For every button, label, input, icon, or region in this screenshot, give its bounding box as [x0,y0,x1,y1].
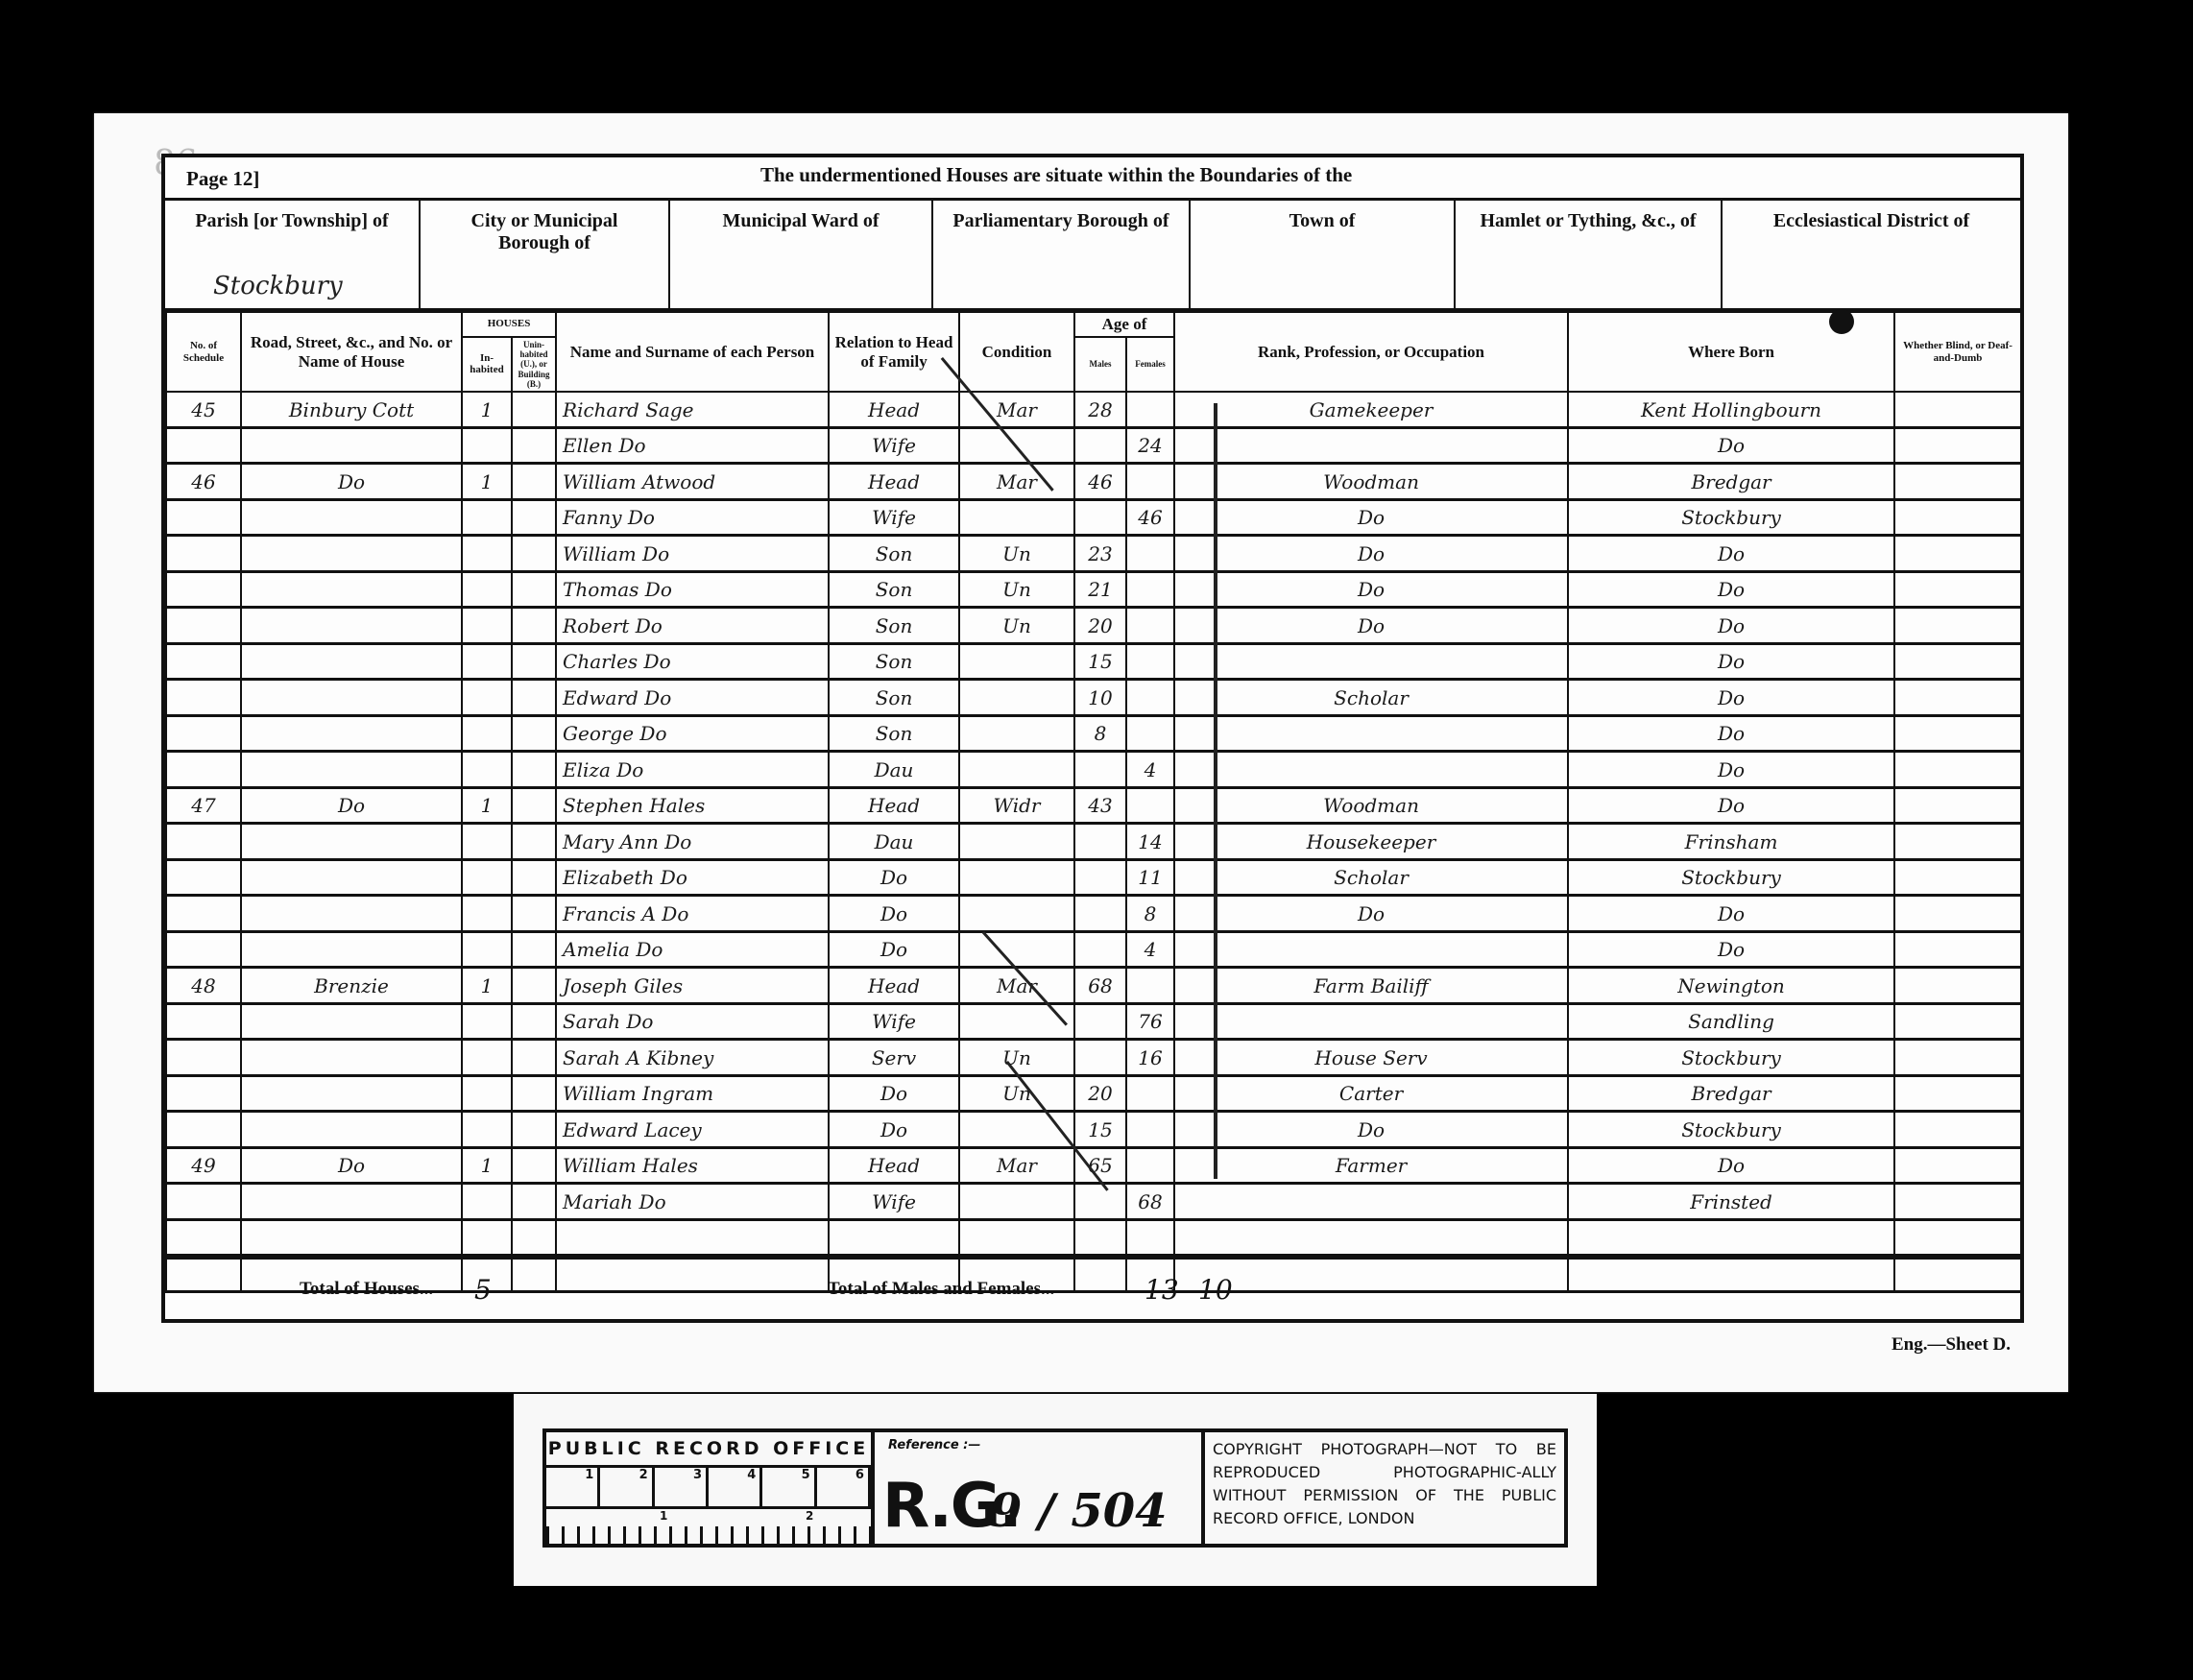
relation: Do [829,896,959,932]
occupation: House Serv [1174,1040,1568,1076]
person-name: Sarah Do [556,1003,829,1040]
condition [959,1112,1074,1148]
birthplace: Do [1568,536,1894,572]
road-name [241,1219,462,1256]
birthplace: Do [1568,896,1894,932]
female-age: 24 [1126,427,1174,464]
reference-panel: Reference :— R.G. 9 / 504 [875,1432,1205,1544]
inhabited-count: 1 [462,1147,512,1184]
uninhabited-count [512,536,556,572]
male-age [1074,427,1126,464]
schedule-no: 45 [166,392,241,427]
uninhabited-count [512,680,556,716]
jurisdiction-town: Town of [1191,201,1456,308]
relation: Do [829,931,959,968]
table-row: Thomas DoSonUn21DoDo [166,571,2021,608]
condition [959,499,1074,536]
birthplace: Kent Hollingbourn [1568,392,1894,427]
ruler-cm: 1 2 3 4 5 6 [546,1468,871,1509]
inhabited-count [462,608,512,644]
birthplace [1568,1219,1894,1256]
person-name: Fanny Do [556,499,829,536]
col-schedule: No. of Schedule [166,312,241,392]
jurisdiction-city: City or Municipal Borough of [421,201,670,308]
person-name: William Hales [556,1147,829,1184]
infirmity [1894,464,2021,500]
inhabited-count [462,1184,512,1220]
condition [959,1219,1074,1256]
relation: Head [829,464,959,500]
road-name [241,680,462,716]
uninhabited-count [512,1075,556,1112]
female-age: 11 [1126,859,1174,896]
inhabited-count: 1 [462,464,512,500]
birthplace: Do [1568,643,1894,680]
infirmity [1894,1075,2021,1112]
office-title: PUBLIC RECORD OFFICE [546,1432,871,1468]
schedule-no [166,643,241,680]
infirmity [1894,392,2021,427]
table-row: Mariah DoWife68Frinsted [166,1184,2021,1220]
female-age [1126,643,1174,680]
uninhabited-count [512,859,556,896]
inhabited-count [462,499,512,536]
male-age [1074,859,1126,896]
infirmity [1894,1147,2021,1184]
female-age [1126,1147,1174,1184]
occupation [1174,1003,1568,1040]
table-row: Francis A DoDo8DoDo [166,896,2021,932]
road-name [241,715,462,752]
infirmity [1894,680,2021,716]
census-form: Page 12] The undermentioned Houses are s… [161,154,2024,1323]
condition: Un [959,571,1074,608]
ink-dot-mark [1829,309,1854,334]
road-name [241,1184,462,1220]
person-name: George Do [556,715,829,752]
schedule-no [166,1219,241,1256]
road-name [241,1003,462,1040]
uninhabited-count [512,787,556,824]
col-relation: Relation to Head of Family [829,312,959,392]
total-houses-label: Total of Houses... [300,1279,433,1300]
person-name: Ellen Do [556,427,829,464]
table-row: Charles DoSon15Do [166,643,2021,680]
infirmity [1894,536,2021,572]
occupation: Carter [1174,1075,1568,1112]
condition [959,896,1074,932]
road-name [241,427,462,464]
relation: Do [829,859,959,896]
road-name: Do [241,464,462,500]
table-row: Amelia DoDo4Do [166,931,2021,968]
relation: Son [829,680,959,716]
person-name: Stephen Hales [556,787,829,824]
uninhabited-count [512,1219,556,1256]
birthplace: Newington [1568,968,1894,1004]
table-row: Edward DoSon10ScholarDo [166,680,2021,716]
col-inhabited: In-habited [462,337,512,393]
condition: Un [959,1075,1074,1112]
infirmity [1894,787,2021,824]
occupation [1174,752,1568,788]
record-office-stamp: PUBLIC RECORD OFFICE 1 2 3 4 5 6 1 2 Ref… [514,1394,1597,1586]
col-occupation: Rank, Profession, or Occupation [1174,312,1568,392]
table-row: 49Do1William HalesHeadMar65FarmerDo [166,1147,2021,1184]
jurisdiction-hamlet: Hamlet or Tything, &c., of [1456,201,1723,308]
road-name [241,896,462,932]
table-row: Sarah DoWife76Sandling [166,1003,2021,1040]
schedule-no [166,608,241,644]
sheet-code: Eng.—Sheet D. [1892,1334,2011,1356]
jurisdiction-ward: Municipal Ward of [670,201,933,308]
relation: Head [829,1147,959,1184]
infirmity [1894,931,2021,968]
condition [959,715,1074,752]
birthplace: Stockbury [1568,499,1894,536]
form-banner: Page 12] The undermentioned Houses are s… [165,157,2020,201]
relation: Son [829,715,959,752]
infirmity [1894,1184,2021,1220]
male-age [1074,1184,1126,1220]
schedule-no: 49 [166,1147,241,1184]
occupation: Do [1174,499,1568,536]
condition [959,824,1074,860]
birthplace: Frinsted [1568,1184,1894,1220]
condition [959,931,1074,968]
person-name: Edward Do [556,680,829,716]
road-name [241,499,462,536]
road-name [241,536,462,572]
birthplace: Do [1568,752,1894,788]
total-persons-label: Total of Males and Females... [828,1279,1054,1300]
inhabited-count [462,536,512,572]
road-name: Binbury Cott [241,392,462,427]
person-name: Edward Lacey [556,1112,829,1148]
occupation: Farm Bailiff [1174,968,1568,1004]
schedule-no [166,499,241,536]
female-age [1126,1219,1174,1256]
male-age: 68 [1074,968,1126,1004]
occupation: Do [1174,608,1568,644]
schedule-no [166,896,241,932]
uninhabited-count [512,608,556,644]
relation: Head [829,968,959,1004]
road-name [241,752,462,788]
occupation: Scholar [1174,859,1568,896]
person-name: Thomas Do [556,571,829,608]
female-age [1126,787,1174,824]
uninhabited-count [512,571,556,608]
inhabited-count [462,824,512,860]
road-name: Do [241,1147,462,1184]
female-age [1126,1112,1174,1148]
table-row: William IngramDoUn20CarterBredgar [166,1075,2021,1112]
table-row: Fanny DoWife46DoStockbury [166,499,2021,536]
birthplace: Stockbury [1568,859,1894,896]
birthplace: Sandling [1568,1003,1894,1040]
uninhabited-count [512,1003,556,1040]
infirmity [1894,824,2021,860]
person-name: William Ingram [556,1075,829,1112]
census-sheet: 86 Page 12] The undermentioned Houses ar… [94,113,2068,1392]
schedule-no [166,1003,241,1040]
birthplace: Bredgar [1568,1075,1894,1112]
jurisdiction-parliamentary-borough: Parliamentary Borough of [933,201,1191,308]
road-name [241,824,462,860]
person-name: Amelia Do [556,931,829,968]
uninhabited-count [512,643,556,680]
condition: Un [959,536,1074,572]
road-name [241,571,462,608]
table-row: 48Brenzie1Joseph GilesHeadMar68Farm Bail… [166,968,2021,1004]
condition: Mar [959,968,1074,1004]
jurisdiction-ecclesiastical: Ecclesiastical District of [1723,201,2020,308]
occupation [1174,427,1568,464]
occupation: Woodman [1174,787,1568,824]
road-name [241,643,462,680]
totals-row: Total of Houses... 5 Total of Males and … [165,1256,2020,1319]
condition: Un [959,608,1074,644]
male-age [1074,752,1126,788]
person-name: Elizabeth Do [556,859,829,896]
relation: Son [829,571,959,608]
census-body: 45Binbury Cott1Richard SageHeadMar28Game… [166,392,2021,1291]
female-age [1126,968,1174,1004]
relation: Wife [829,1003,959,1040]
schedule-no: 48 [166,968,241,1004]
inhabited-count [462,752,512,788]
table-row: 45Binbury Cott1Richard SageHeadMar28Game… [166,392,2021,427]
female-age: 14 [1126,824,1174,860]
birthplace: Do [1568,1147,1894,1184]
birthplace: Do [1568,571,1894,608]
total-houses-value: 5 [474,1274,492,1306]
person-name: Mariah Do [556,1184,829,1220]
relation: Dau [829,824,959,860]
female-age: 4 [1126,931,1174,968]
male-age [1074,896,1126,932]
ruler-inch: 1 2 [546,1509,871,1544]
relation: Head [829,787,959,824]
person-name: Robert Do [556,608,829,644]
road-name: Brenzie [241,968,462,1004]
female-age: 8 [1126,896,1174,932]
total-females-value: 10 [1198,1274,1233,1306]
male-age: 8 [1074,715,1126,752]
schedule-no [166,1184,241,1220]
schedule-no [166,427,241,464]
schedule-no: 46 [166,464,241,500]
occupation: Housekeeper [1174,824,1568,860]
table-row: William DoSonUn23DoDo [166,536,2021,572]
inhabited-count: 1 [462,787,512,824]
female-age: 76 [1126,1003,1174,1040]
road-name: Do [241,787,462,824]
occupation [1174,931,1568,968]
male-age: 15 [1074,643,1126,680]
male-age: 20 [1074,608,1126,644]
male-age [1074,931,1126,968]
occupation: Do [1174,896,1568,932]
col-infirmity: Whether Blind, or Deaf-and-Dumb [1894,312,2021,392]
inhabited-count: 1 [462,968,512,1004]
table-row: 47Do1Stephen HalesHeadWidr43WoodmanDo [166,787,2021,824]
uninhabited-count [512,824,556,860]
relation: Son [829,608,959,644]
condition: Widr [959,787,1074,824]
schedule-no [166,1040,241,1076]
birthplace: Do [1568,680,1894,716]
uninhabited-count [512,896,556,932]
condition [959,1184,1074,1220]
infirmity [1894,643,2021,680]
inhabited-count [462,715,512,752]
occupation: Do [1174,1112,1568,1148]
schedule-no [166,859,241,896]
road-name [241,931,462,968]
birthplace: Do [1568,931,1894,968]
condition [959,752,1074,788]
person-name [556,1219,829,1256]
infirmity [1894,1219,2021,1256]
col-condition: Condition [959,312,1074,392]
occupation [1174,643,1568,680]
birthplace: Stockbury [1568,1040,1894,1076]
uninhabited-count [512,427,556,464]
person-name: Francis A Do [556,896,829,932]
male-age: 10 [1074,680,1126,716]
occupation [1174,1184,1568,1220]
table-row: Eliza DoDau4Do [166,752,2021,788]
person-name: Eliza Do [556,752,829,788]
table-row: 46Do1William AtwoodHeadMar46WoodmanBredg… [166,464,2021,500]
schedule-no [166,1075,241,1112]
person-name: Joseph Giles [556,968,829,1004]
infirmity [1894,571,2021,608]
copyright-notice: COPYRIGHT PHOTOGRAPH—NOT TO BE REPRODUCE… [1205,1432,1564,1544]
road-name [241,1040,462,1076]
schedule-no [166,752,241,788]
table-row [166,1219,2021,1256]
infirmity [1894,752,2021,788]
infirmity [1894,1112,2021,1148]
birthplace: Stockbury [1568,1112,1894,1148]
condition: Mar [959,464,1074,500]
condition: Un [959,1040,1074,1076]
male-age [1074,1219,1126,1256]
table-row: Elizabeth DoDo11ScholarStockbury [166,859,2021,896]
schedule-no [166,824,241,860]
table-row: Ellen DoWife24Do [166,427,2021,464]
male-age [1074,1040,1126,1076]
infirmity [1894,427,2021,464]
schedule-no: 47 [166,787,241,824]
female-age [1126,680,1174,716]
col-males: Males [1074,337,1126,393]
male-age: 21 [1074,571,1126,608]
col-uninhabited: Unin-habited (U.), or Building (B.) [512,337,556,393]
female-age [1126,715,1174,752]
condition [959,1003,1074,1040]
occupation-bracket [1214,403,1217,1179]
relation: Son [829,643,959,680]
schedule-no [166,1112,241,1148]
occupation [1174,715,1568,752]
total-males-value: 13 [1145,1274,1179,1306]
female-age [1126,536,1174,572]
infirmity [1894,1003,2021,1040]
infirmity [1894,968,2021,1004]
uninhabited-count [512,1112,556,1148]
relation: Head [829,392,959,427]
male-age: 15 [1074,1112,1126,1148]
col-name: Name and Surname of each Person [556,312,829,392]
office-ruler-panel: PUBLIC RECORD OFFICE 1 2 3 4 5 6 1 2 [546,1432,875,1544]
uninhabited-count [512,392,556,427]
infirmity [1894,715,2021,752]
parish-value: Stockbury [213,272,343,300]
uninhabited-count [512,715,556,752]
male-age: 46 [1074,464,1126,500]
male-age: 20 [1074,1075,1126,1112]
male-age: 43 [1074,787,1126,824]
birthplace: Do [1568,715,1894,752]
uninhabited-count [512,499,556,536]
schedule-no [166,536,241,572]
birthplace: Do [1568,427,1894,464]
condition [959,680,1074,716]
jurisdiction-row: Parish [or Township] of Stockbury City o… [165,201,2020,312]
male-age: 23 [1074,536,1126,572]
infirmity [1894,859,2021,896]
uninhabited-count [512,1040,556,1076]
uninhabited-count [512,752,556,788]
stamp-frame: PUBLIC RECORD OFFICE 1 2 3 4 5 6 1 2 Ref… [542,1428,1568,1548]
occupation: Do [1174,536,1568,572]
page-number: Page 12] [186,167,259,191]
census-table: No. of Schedule Road, Street, &c., and N… [165,311,2022,1293]
person-name: Charles Do [556,643,829,680]
inhabited-count [462,680,512,716]
person-name: Richard Sage [556,392,829,427]
birthplace: Do [1568,608,1894,644]
condition: Mar [959,1147,1074,1184]
female-age [1126,1075,1174,1112]
female-age: 68 [1126,1184,1174,1220]
occupation: Scholar [1174,680,1568,716]
occupation: Gamekeeper [1174,392,1568,427]
table-row: Mary Ann DoDau14HousekeeperFrinsham [166,824,2021,860]
birthplace: Do [1568,787,1894,824]
female-age: 4 [1126,752,1174,788]
schedule-no [166,571,241,608]
relation: Do [829,1112,959,1148]
person-name: William Atwood [556,464,829,500]
male-age [1074,1003,1126,1040]
inhabited-count [462,1219,512,1256]
female-age [1126,571,1174,608]
condition [959,859,1074,896]
relation: Do [829,1075,959,1112]
inhabited-count [462,1040,512,1076]
header-row: No. of Schedule Road, Street, &c., and N… [166,312,2021,337]
table-row: Robert DoSonUn20DoDo [166,608,2021,644]
inhabited-count [462,571,512,608]
occupation [1174,1219,1568,1256]
schedule-no [166,715,241,752]
infirmity [1894,499,2021,536]
